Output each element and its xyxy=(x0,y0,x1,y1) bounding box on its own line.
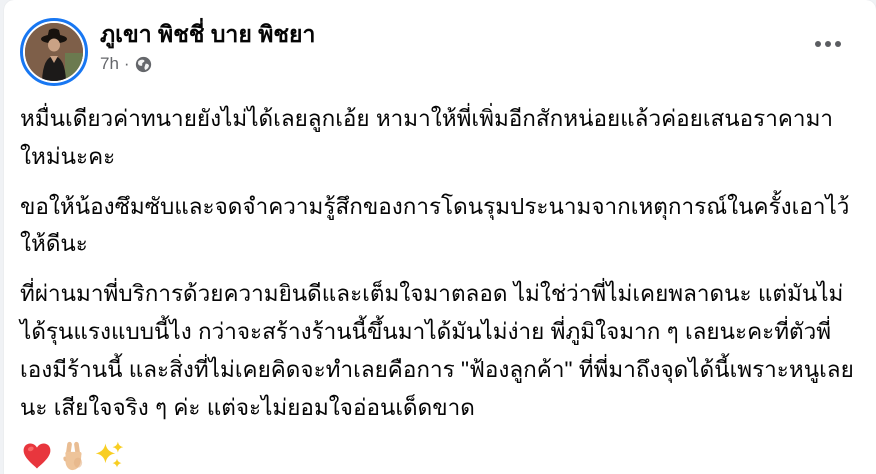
victory-hand-emoji xyxy=(58,440,88,472)
avatar-photo xyxy=(25,23,83,81)
header-texts: ภูเขา พิชชี่ บาย พิชยา 7h · xyxy=(100,18,315,74)
post-emoji-row xyxy=(20,438,860,472)
timestamp[interactable]: 7h xyxy=(100,54,119,74)
post-paragraph-1: หมื่นเดียวค่าทนายยังไม่ได้เลยลูกเอ้ย หาม… xyxy=(20,100,860,176)
meta-separator: · xyxy=(124,54,130,74)
author-name[interactable]: ภูเขา พิชชี่ บาย พิชยา xyxy=(100,20,315,49)
avatar-illustration xyxy=(25,23,83,81)
sparkles-emoji xyxy=(93,440,125,472)
dot xyxy=(835,41,841,47)
dot xyxy=(815,41,821,47)
post-paragraph-2: ขอให้น้องซึมซับและจดจำความรู้สึกของการโด… xyxy=(20,188,860,264)
post-meta: 7h · xyxy=(100,54,315,74)
red-heart-emoji xyxy=(21,440,53,472)
post-paragraph-3: ที่ผ่านมาพี่บริการด้วยความยินดีและเต็มใจ… xyxy=(20,275,860,426)
post-header: ภูเขา พิชชี่ บาย พิชยา 7h · xyxy=(4,0,876,86)
avatar[interactable] xyxy=(20,18,88,86)
more-options-button[interactable] xyxy=(808,28,848,60)
facebook-post-card: ภูเขา พิชชี่ บาย พิชยา 7h · หมื่นเดียวค่… xyxy=(4,0,876,474)
post-body: หมื่นเดียวค่าทนายยังไม่ได้เลยลูกเอ้ย หาม… xyxy=(4,86,876,472)
dot xyxy=(825,41,831,47)
globe-icon xyxy=(135,56,152,73)
